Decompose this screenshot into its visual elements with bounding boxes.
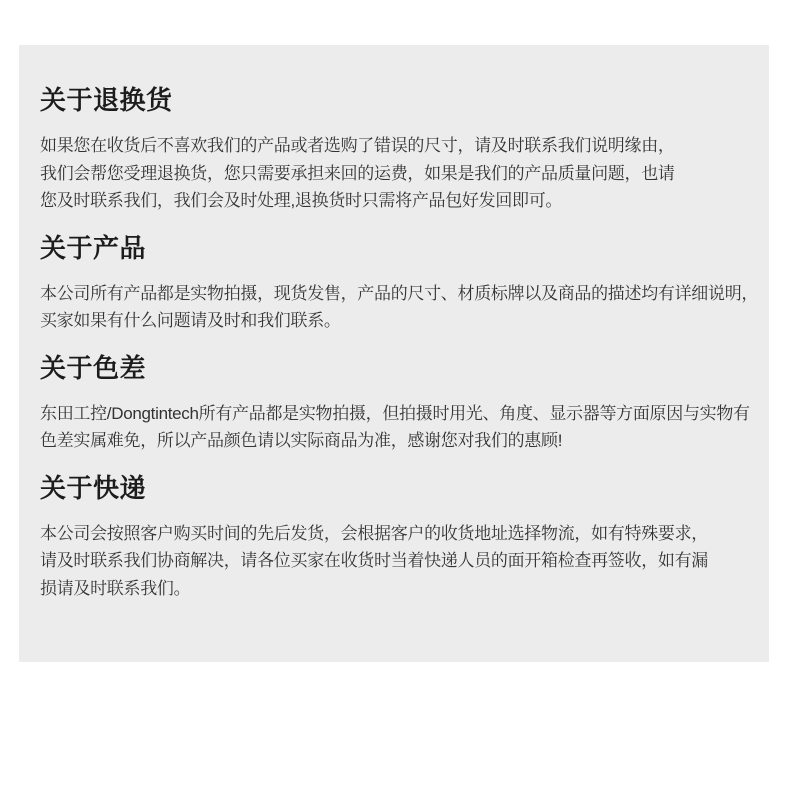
section-body-product: 本公司所有产品都是实物拍摄，现货发售，产品的尺寸、材质标牌以及商品的描述均有详细… [40, 280, 745, 335]
section-color-difference: 关于色差 东田工控/Dongtintech所有产品都是实物拍摄，但拍摄时用光、角… [40, 350, 745, 455]
section-product: 关于产品 本公司所有产品都是实物拍摄，现货发售，产品的尺寸、材质标牌以及商品的描… [40, 230, 745, 335]
section-body-color-difference: 东田工控/Dongtintech所有产品都是实物拍摄，但拍摄时用光、角度、显示器… [40, 400, 745, 455]
section-heading-shipping: 关于快递 [40, 470, 745, 506]
section-shipping: 关于快递 本公司会按照客户购买时间的先后发货，会根据客户的收货地址选择物流，如有… [40, 470, 745, 603]
store-notice-panel: 关于退换货 如果您在收货后不喜欢我们的产品或者选购了错误的尺寸，请及时联系我们说… [19, 45, 769, 662]
section-heading-product: 关于产品 [40, 230, 745, 266]
page-background: { "colors": { "page_background": "#fffff… [0, 0, 790, 804]
section-body-returns: 如果您在收货后不喜欢我们的产品或者选购了错误的尺寸，请及时联系我们说明缘由， 我… [40, 132, 745, 215]
section-body-shipping: 本公司会按照客户购买时间的先后发货，会根据客户的收货地址选择物流，如有特殊要求，… [40, 520, 745, 603]
section-heading-returns: 关于退换货 [40, 82, 745, 118]
section-heading-color-difference: 关于色差 [40, 350, 745, 386]
section-returns: 关于退换货 如果您在收货后不喜欢我们的产品或者选购了错误的尺寸，请及时联系我们说… [40, 82, 745, 215]
